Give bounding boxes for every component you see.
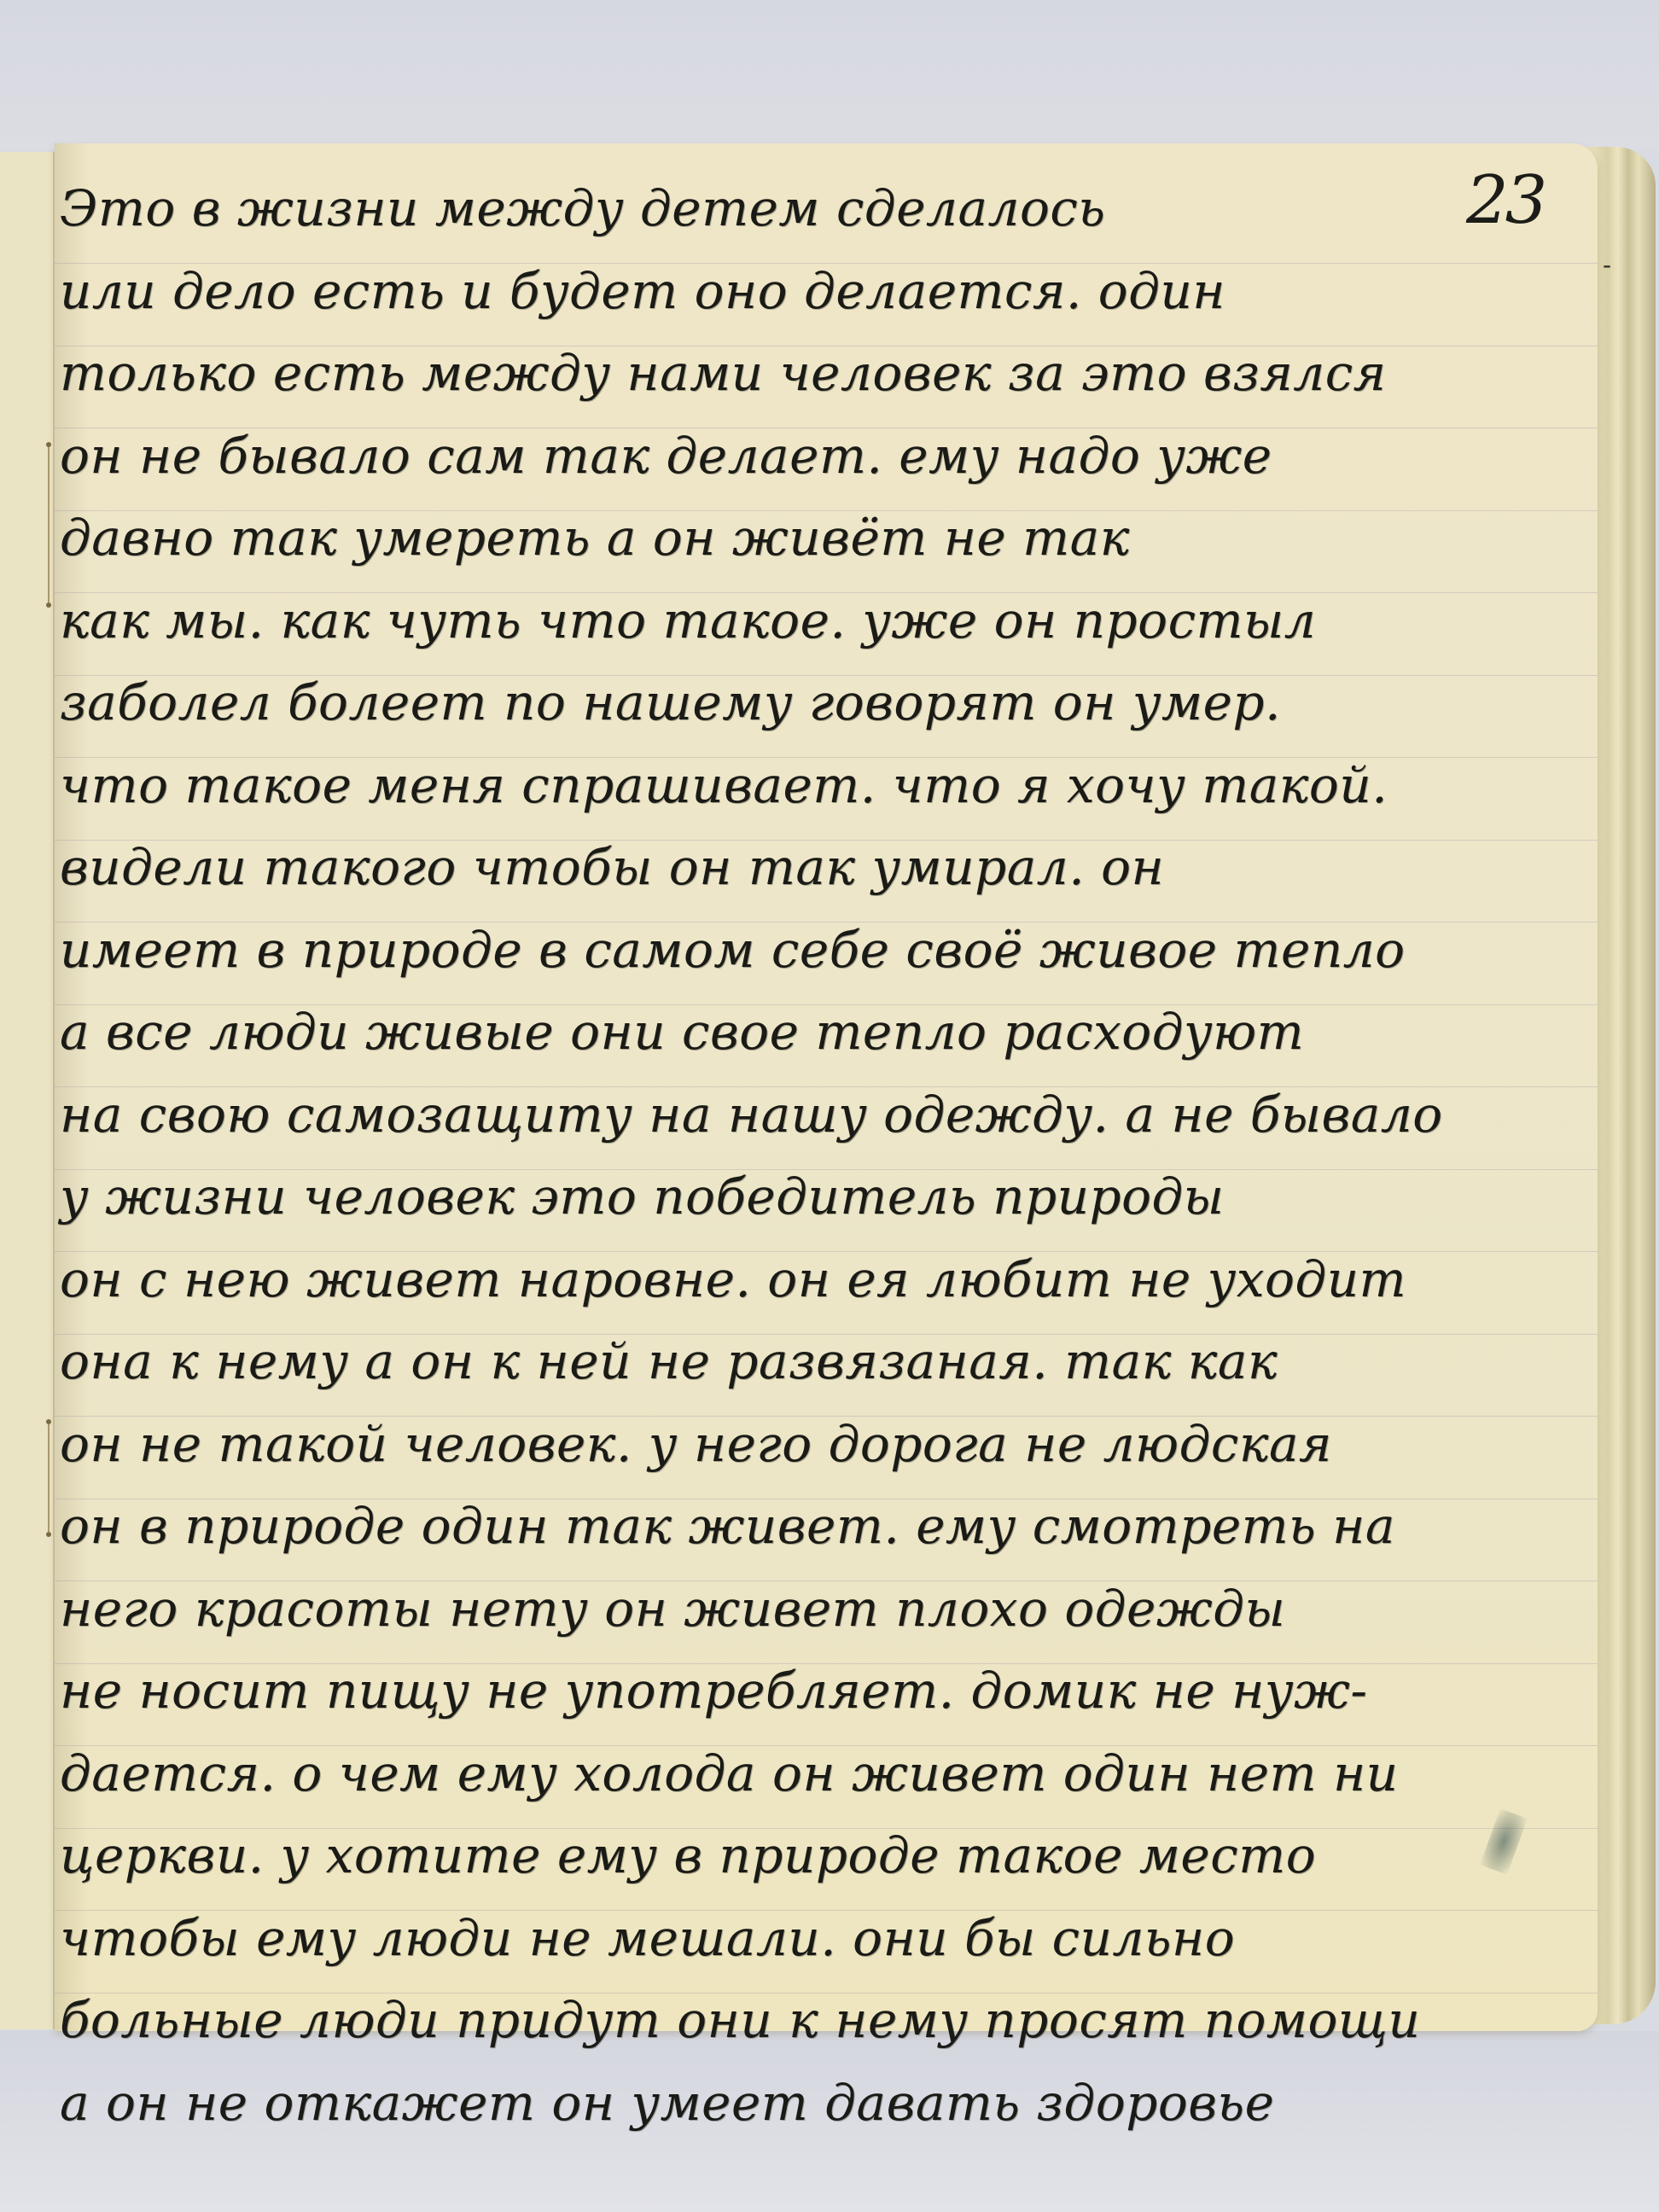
binding-thread — [48, 1424, 49, 1532]
handwritten-line: только есть между нами человек за это вз… — [60, 332, 1562, 415]
handwritten-line: он не бывало сам так делает. ему надо уж… — [60, 415, 1562, 498]
handwritten-line: чтобы ему люди не мешали. они бы сильно — [60, 1897, 1562, 1980]
handwritten-line: а он не откажет он умеет давать здоровье — [60, 2062, 1562, 2145]
handwritten-line: или дело есть и будет оно делается. один — [60, 250, 1562, 333]
binding-thread — [48, 447, 49, 602]
binding-stitch-hole — [46, 1532, 51, 1537]
handwritten-line: заболел болеет по нашему говорят он умер… — [60, 661, 1562, 744]
handwritten-line: а все люди живые они свое тепло расходую… — [60, 991, 1562, 1074]
handwritten-line: имеет в природе в самом себе своё живое … — [60, 909, 1562, 992]
handwritten-line: на свою самозащиту на нашу одежду. а не … — [60, 1074, 1562, 1156]
handwritten-line: Это в жизни между детем сделалось — [60, 167, 1562, 250]
scan-background-top — [0, 0, 1659, 149]
handwritten-line: давно так умереть а он живёт не так — [60, 497, 1562, 579]
handwritten-line: не носит пищу не употребляет. домик не н… — [60, 1650, 1562, 1732]
handwritten-line: он не такой человек. у него дорога не лю… — [60, 1403, 1562, 1486]
handwritten-line: больные люди придут они к нему просят по… — [60, 1979, 1562, 2062]
handwritten-line: что такое меня спрашивает. что я хочу та… — [60, 744, 1562, 827]
handwritten-line: видели такого чтобы он так умирал. он — [60, 826, 1562, 909]
margin-mark: - — [1603, 251, 1611, 279]
handwritten-line: у жизни человек это победитель природы — [60, 1155, 1562, 1238]
handwritten-line: церкви. у хотите ему в природе такое мес… — [60, 1814, 1562, 1897]
handwritten-line: него красоты нету он живет плохо одежды — [60, 1568, 1562, 1650]
handwritten-line: он с нею живет наровне. он ея любит не у… — [60, 1238, 1562, 1321]
handwritten-line: он в природе один так живет. ему смотрет… — [60, 1485, 1562, 1568]
handwritten-text-block: Это в жизни между детем сделалось или де… — [60, 167, 1562, 2144]
page-stack-edges — [1587, 147, 1656, 2024]
facing-page-edge — [0, 152, 55, 2029]
handwritten-line: как мы. как чуть что такое. уже он прост… — [60, 579, 1562, 662]
handwritten-line: дается. о чем ему холода он живет один н… — [60, 1732, 1562, 1815]
handwritten-line: она к нему а он к ней не развязаная. так… — [60, 1320, 1562, 1403]
binding-stitch-hole — [46, 602, 51, 608]
